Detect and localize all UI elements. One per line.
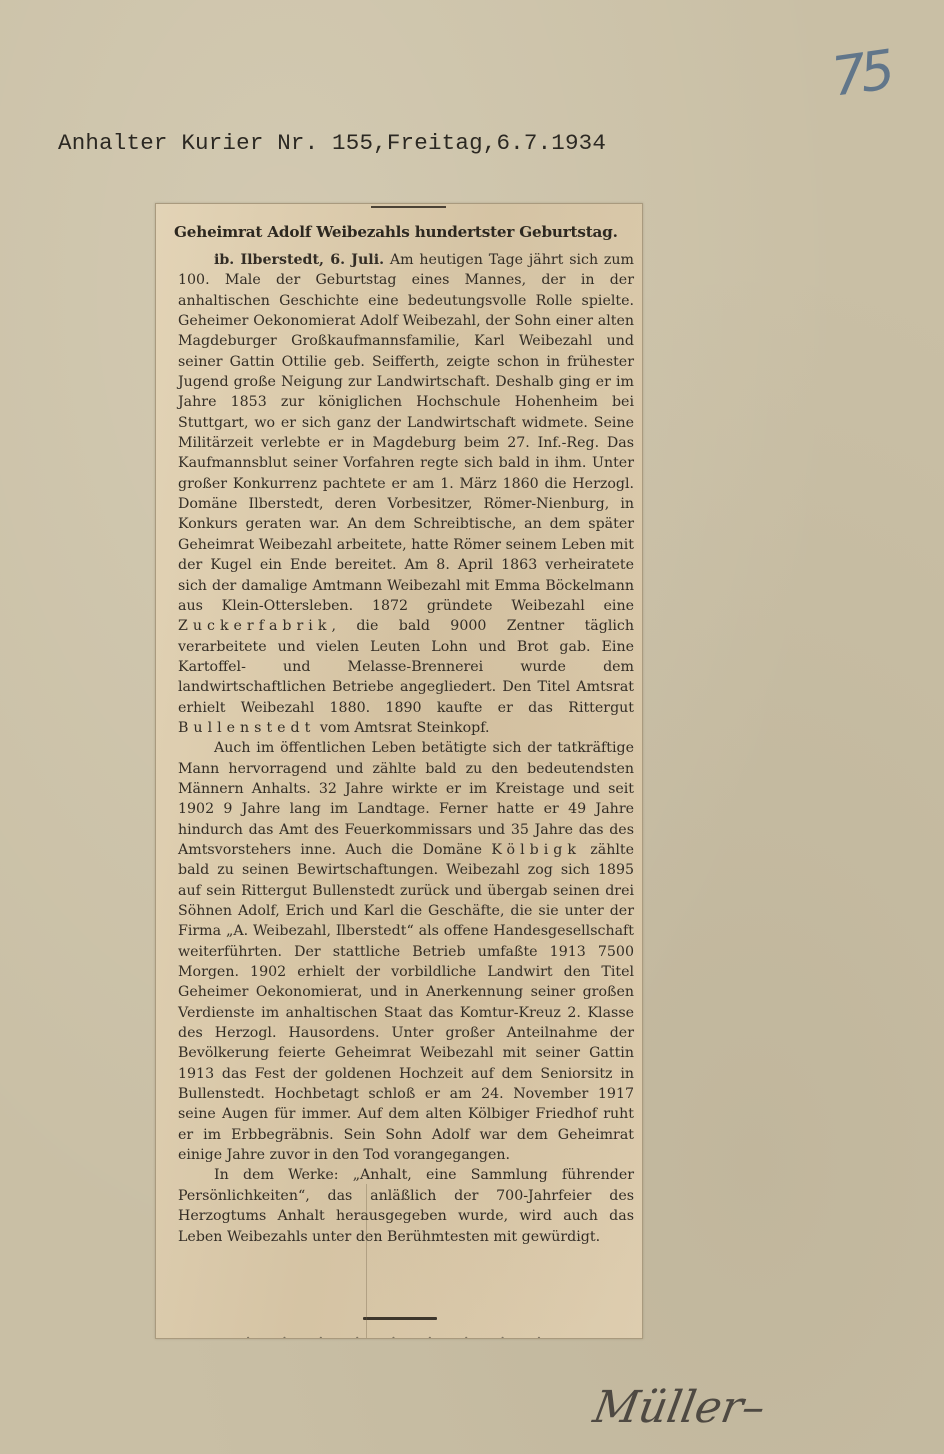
fold-crease [366, 1184, 367, 1338]
typed-source-header: Anhalter Kurier Nr. 155,Freitag,6.7.1934 [58, 130, 606, 156]
article-paragraph-1: ib. Ilberstedt, 6. Juli. Am heutigen Tag… [178, 250, 634, 738]
article-headline: Geheimrat Adolf Weibezahls hundertster G… [174, 223, 636, 241]
paragraph-text: Auch im öffentlichen Leben betätigte sic… [178, 740, 634, 858]
emphasized-word: Zuckerfabrik [178, 618, 331, 634]
paragraph-text: Am heutigen Tage jährt sich zum 100. Mal… [178, 252, 634, 614]
article-body: ib. Ilberstedt, 6. Juli. Am heutigen Tag… [178, 250, 634, 1247]
paragraph-text: zählte bald zu seinen Bewirtschaftungen.… [178, 842, 634, 1163]
article-dateline: ib. Ilberstedt, 6. Juli. [214, 252, 384, 268]
emphasized-word: Bullenstedt [178, 720, 315, 736]
paragraph-text: vom Amtsrat Steinkopf. [315, 720, 489, 736]
paragraph-text: In dem Werke: „Anhalt, eine Sammlung füh… [178, 1167, 634, 1244]
article-paragraph-2: Auch im öffentlichen Leben betätigte sic… [178, 738, 634, 1165]
emphasized-word: Kölbigk [491, 842, 581, 858]
end-rule-divider [363, 1317, 437, 1320]
cut-off-next-article: · · · · · · · · · [246, 1332, 566, 1338]
handwritten-signature: Müller– [590, 1382, 770, 1433]
article-paragraph-3: In dem Werke: „Anhalt, eine Sammlung füh… [178, 1165, 634, 1246]
newspaper-clipping: Geheimrat Adolf Weibezahls hundertster G… [155, 203, 643, 1339]
archive-page-number: 75 [828, 38, 893, 108]
top-rule-divider [371, 206, 446, 208]
